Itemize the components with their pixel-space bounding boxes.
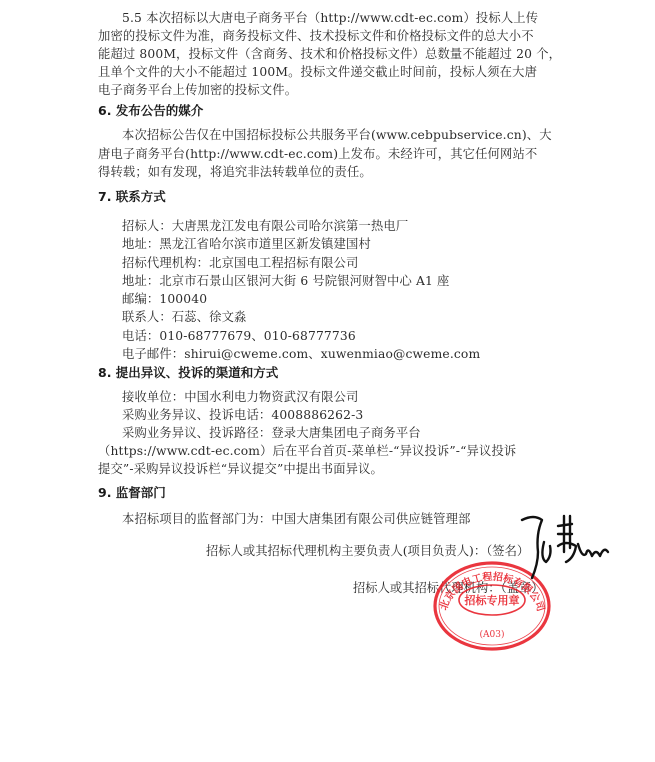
paragraph-line: 且单个文件的大小不能超过 100M。投标文件递交截止时间前，投标人须在大唐 [98,63,537,81]
contact-phone: 电话：010-68777679、010-68777736 [122,327,356,345]
svg-text:招标专用章: 招标专用章 [464,593,520,607]
section-heading: 6. 发布公告的媒介 [98,102,203,120]
complaint-path: 采购业务异议、投诉路径：登录大唐集团电子商务平台 [122,424,421,442]
contact-email: 电子邮件：shirui@cweme.com、xuwenmiao@cweme.co… [122,345,480,363]
complaint-receiver: 接收单位：中国水利电力物资武汉有限公司 [122,388,359,406]
supervision-department: 本招标项目的监督部门为：中国大唐集团有限公司供应链管理部 [122,510,471,528]
paragraph-line: 5.5 本次招标以大唐电子商务平台（http://www.cdt-ec.com）… [122,9,538,27]
section-heading: 8. 提出异议、投诉的渠道和方式 [98,364,278,382]
contact-agency: 招标代理机构：北京国电工程招标有限公司 [122,254,359,272]
contact-tenderer: 招标人：大唐黑龙江发电有限公司哈尔滨第一热电厂 [122,217,408,235]
contact-tenderer-address: 地址：黑龙江省哈尔滨市道里区新发镇建国村 [122,235,371,253]
section-heading: 7. 联系方式 [98,188,166,206]
contact-postcode: 邮编：100040 [122,290,207,308]
paragraph-line: 能超过 800M，投标文件（含商务、技术和价格投标文件）总数量不能超过 20 个… [98,45,561,63]
section-heading: 9. 监督部门 [98,484,166,502]
handwritten-signature-icon [520,512,610,582]
svg-text:(A03): (A03) [480,629,505,640]
contact-agency-address: 地址：北京市石景山区银河大街 6 号院银河财智中心 A1 座 [122,272,450,290]
paragraph-line: 本次招标公告仅在中国招标投标公共服务平台(www.cebpubservice.c… [122,126,552,144]
paragraph-line: 加密的投标文件为准，商务投标文件、技术投标文件和价格投标文件的总大小不 [98,27,534,45]
complaint-phone: 采购业务异议、投诉电话：4008886262-3 [122,406,363,424]
contact-persons: 联系人：石蕊、徐文淼 [122,308,246,326]
complaint-path-wrap: （https://www.cdt-ec.com）后在平台首页-菜单栏-“异议投诉… [98,442,516,460]
complaint-path-wrap: 提交”-采购异议投诉栏“异议提交”中提出书面异议。 [98,460,383,478]
document-page: 5.5 本次招标以大唐电子商务平台（http://www.cdt-ec.com）… [0,0,655,762]
paragraph-line: 电子商务平台上传加密的投标文件。 [98,81,297,99]
responsible-person-signature-line: 招标人或其招标代理机构主要负责人(项目负责人)：（签名） [206,542,529,560]
paragraph-line: 唐电子商务平台(http://www.cdt-ec.com)上发布。未经许可，其… [98,145,537,163]
paragraph-line: 得转载；如有发现，将追究非法转载单位的责任。 [98,163,372,181]
